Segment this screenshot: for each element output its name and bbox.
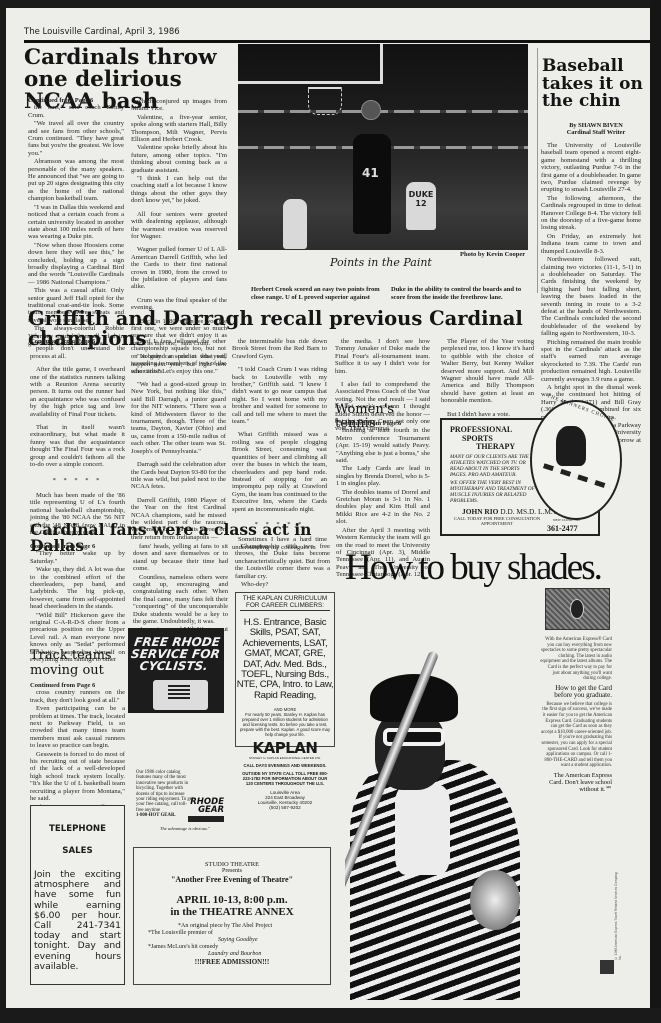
paragraph: Championship with two free throws, the D… <box>235 543 330 580</box>
track-headline: Track teams moving out <box>30 649 130 678</box>
practitioner-name: JOHN RIO <box>462 507 498 516</box>
photo-caption-left: Herbert Crook scored an easy two points … <box>251 286 381 301</box>
saxophonist-photo <box>345 630 535 1000</box>
player-away-2 <box>283 199 307 249</box>
amex-subhead: How to get the Card before you graduate. <box>540 685 612 700</box>
paragraph: the interminable bus ride down Brook Str… <box>232 338 327 360</box>
shirt-shape <box>395 785 450 875</box>
player-away: DUKE 12 <box>406 182 436 230</box>
paragraph: The doubles teams of Dorrel and Gretchan… <box>336 489 430 526</box>
paragraph: Wagner pulled former U of L All-American… <box>131 246 227 290</box>
rhode-gear-logo: RHODE GEAR <box>190 798 224 814</box>
paragraph: Valentine spoke briefly about his future… <box>131 144 227 174</box>
jersey-number-away: 12 <box>406 199 436 208</box>
keypad-shape <box>168 685 190 701</box>
rhode-copy-text: Our 1986 color catalog features many of … <box>136 770 193 813</box>
page-bottom-edge <box>0 1008 661 1023</box>
program-item-title: Laundry and Bourbon <box>148 951 330 958</box>
byline-title: Cardinal Staff Writer <box>548 129 644 136</box>
paragraph: "I think I can help out the coaching sta… <box>131 175 227 205</box>
paragraph: Valentine, a five-year senior, spoke alo… <box>131 114 227 144</box>
paragraph: the fans," said coach Denny Crum. <box>28 104 124 119</box>
therapy-phone: 361-2477 <box>547 524 578 533</box>
telephone-sales-ad: TELEPHONE SALES Join the exciting atmosp… <box>30 805 125 985</box>
arena-lights <box>238 110 528 113</box>
basketball-photo: 41 DUKE 12 <box>238 44 528 250</box>
paragraph: But I didn't have a vote. <box>441 411 534 418</box>
hurdle-shape <box>543 463 611 489</box>
paragraph: On Friday, an extremely hot Indiana team… <box>541 233 641 255</box>
fans-col-1: Continued from Page 6 "They better wake … <box>30 543 125 665</box>
amex-copy-1: With the American Express® Card you can … <box>540 637 612 682</box>
paragraph: The University of Louisville baseball te… <box>541 142 641 194</box>
top-rule <box>24 40 650 43</box>
studio-line-2: Presents <box>134 868 330 874</box>
player-home <box>353 134 391 234</box>
bullet: WE OFFER THE VERY BEST IN MYOTHERAPY AND… <box>450 480 536 504</box>
studio-footer: !!!FREE ADMISSION!!! <box>134 958 330 966</box>
paragraph: Gesswein is forced to do most of his rec… <box>30 751 125 803</box>
amex-headline: How to buy shades. <box>345 548 601 588</box>
paragraph: Who-dey? <box>235 581 330 588</box>
paragraph: What Griffith missed was a roiling sea o… <box>232 431 327 512</box>
griffith-col-5: The Player of the Year voting perplexed … <box>441 338 534 419</box>
photo-credit: Photo by Kevin Cooper <box>460 251 525 258</box>
paragraph: "They better wake up by Saturday." <box>30 550 125 565</box>
address-line: (502) 587-9202 <box>239 805 331 810</box>
amex-card-image <box>545 588 610 630</box>
tele-title-2: SALES <box>31 846 124 856</box>
rhode-gear-ad: FREE RHODE SERVICE FOR CYCLISTS. <box>128 628 224 713</box>
baseball-headline: Baseball takes it on the chin <box>542 58 647 111</box>
paragraph: cross country runners on the track, they… <box>30 689 125 704</box>
kaplan-header: THE KAPLAN CURRICULUM FOR CAREER CLIMBER… <box>240 595 330 611</box>
studio-theatre-ad: STUDIO THEATRE Presents "Another Free Ev… <box>133 847 331 985</box>
paragraph: "I was in Dallas this weekend and notice… <box>28 204 124 241</box>
tele-title-1: TELEPHONE <box>31 824 124 834</box>
centurion-icon <box>570 599 584 619</box>
bullet: MANY OF OUR CLIENTS ARE THE ATHLETES WAT… <box>450 454 536 478</box>
kaplan-logo-sub: STANLEY H. KAPLAN EDUCATIONAL CENTER LTD… <box>239 757 331 761</box>
continued-label: Continued from Page 6 <box>28 97 124 104</box>
paragraph: "We travel all over the country and see … <box>28 120 124 157</box>
paragraph: Darragh said the celebration after the C… <box>131 461 226 491</box>
program-item-title: Saying Goodbye <box>148 937 330 944</box>
basketball-shape <box>361 100 381 120</box>
program-item: *An original piece by The Abel Project <box>148 923 330 930</box>
amex-logo-icon <box>600 960 614 974</box>
continued-label: Continued from Page 6 <box>30 543 125 550</box>
studio-line-1: STUDIO THEATRE <box>134 861 330 868</box>
rhode-headline: FREE RHODE SERVICE FOR CYCLISTS. <box>128 628 224 672</box>
kaplan-toll-free: OUTSIDE NY STATE CALL TOLL FREE 800-223-… <box>239 771 331 786</box>
byline-name: By SHAWN BIVEN <box>548 122 644 129</box>
rhode-phone: 1-800-HOT GEAR. <box>136 813 194 818</box>
page-edge <box>650 0 661 1023</box>
photo-caption-right: Duke in the ability to control the board… <box>391 286 526 301</box>
studio-dates: APRIL 10-13, 8:00 p.m. <box>134 894 330 906</box>
section-divider: * * * * * <box>30 477 125 484</box>
paragraph: The Lady Cards are lead in singles by Br… <box>336 465 430 487</box>
paragraph: All four seniors were greeted with deafe… <box>131 211 227 241</box>
griffith-col-2: U of L fans followed the other champions… <box>131 338 226 542</box>
paragraph: "I told Coach Crum I was riding back to … <box>232 366 327 425</box>
continued-label: Continued from Page 6 <box>30 338 125 345</box>
saxophone-bell-shape <box>470 870 520 930</box>
paragraph: "Now when those Hoosiers come down here … <box>28 242 124 286</box>
amex-copy-2: Because we believe that college is the f… <box>540 702 612 769</box>
continued-label: Continued from Page 6 <box>30 682 125 689</box>
kaplan-tests: H.S. Entrance, Basic Skills, PSAT, SAT, … <box>236 618 334 701</box>
paragraph: "We had a good-sized group in New York, … <box>131 381 226 455</box>
program-item: *James McLure's hit comedy <box>148 944 330 951</box>
kaplan-logo: KAPLAN <box>236 739 334 757</box>
tele-body: Join the exciting atmosphere and have so… <box>31 870 124 972</box>
continued-label: Continued from Page 6 <box>336 420 430 427</box>
amex-legal: © 1986 American Express Travel Related S… <box>614 870 622 960</box>
rhode-tagline: The advantage is obvious." <box>160 826 210 831</box>
paragraph: the media. I don't see how Tommy Amaker … <box>335 338 430 375</box>
paragraph: fans' heads, yelling at fans to sit down… <box>133 543 228 573</box>
kaplan-address: Louisville Area 224 East Broadway Louisv… <box>239 790 331 810</box>
paragraph: Wake up, they did. A lot was due to the … <box>30 566 125 610</box>
paragraph: people don't understand the process at a… <box>30 345 125 360</box>
paragraph: which conjured up images from Miami Vice… <box>131 98 227 113</box>
byline: By SHAWN BIVEN Cardinal Staff Writer <box>548 122 644 136</box>
studio-venue: in the THEATRE ANNEX <box>134 906 330 918</box>
therapy-cta: CALL TODAY FOR FREE CONSULTATION APPOINT… <box>442 516 542 526</box>
studio-program: *An original piece by The Abel Project *… <box>134 923 330 958</box>
studio-title: "Another Free Evening of Theatre" <box>134 875 330 884</box>
paragraph: Even participating can be a problem at t… <box>30 705 125 749</box>
paragraph: finishing at least fourth in the Metro c… <box>336 427 430 464</box>
paragraph: The Player of the Year voting perplexed … <box>441 338 534 405</box>
backboard-shape <box>238 44 383 84</box>
paragraph: U of L fans followed the other champions… <box>131 338 226 375</box>
paragraph: After the title game, I overheard one of… <box>30 366 125 418</box>
program-item: *The Louisville premier of <box>148 930 330 937</box>
paragraph: Abramson was among the most personable o… <box>28 158 124 202</box>
amex-copy: With the American Express® Card you can … <box>540 637 612 793</box>
jersey-number-home: 41 <box>362 166 379 180</box>
kaplan-copy: For nearly 50 years, Stanley H. Kaplan h… <box>239 712 331 737</box>
phone-label: NEW CLINIC NO. <box>553 518 580 522</box>
kaplan-hours: CALL DAYS EVENINGS AND WEEKENDS. <box>239 763 331 768</box>
amex-tagline: The American Express Card. Don't leave s… <box>540 772 612 793</box>
fans-col-3: Championship with two free throws, the D… <box>235 543 330 589</box>
paragraph: That in itself wasn't extraordinary, but… <box>30 424 125 468</box>
paragraph: The following afternoon, the Cardinals r… <box>541 195 641 232</box>
rhode-copy: Our 1986 color catalog features many of … <box>136 770 194 819</box>
photo-title: Points in the Paint <box>330 256 432 269</box>
kaplan-ad: THE KAPLAN CURRICULUM FOR CAREER CLIMBER… <box>235 592 335 747</box>
rhode-logo-bar <box>188 816 224 822</box>
jersey-team-away: DUKE <box>406 190 436 199</box>
hurdler-icon <box>556 426 586 466</box>
griffith-col-1: Continued from Page 6 people don't under… <box>30 338 125 537</box>
folio-line: The Louisville Cardinal, April 3, 1986 <box>24 27 180 37</box>
column-rule <box>537 48 538 293</box>
paragraph: Countless, nameless others were caught u… <box>133 574 228 626</box>
